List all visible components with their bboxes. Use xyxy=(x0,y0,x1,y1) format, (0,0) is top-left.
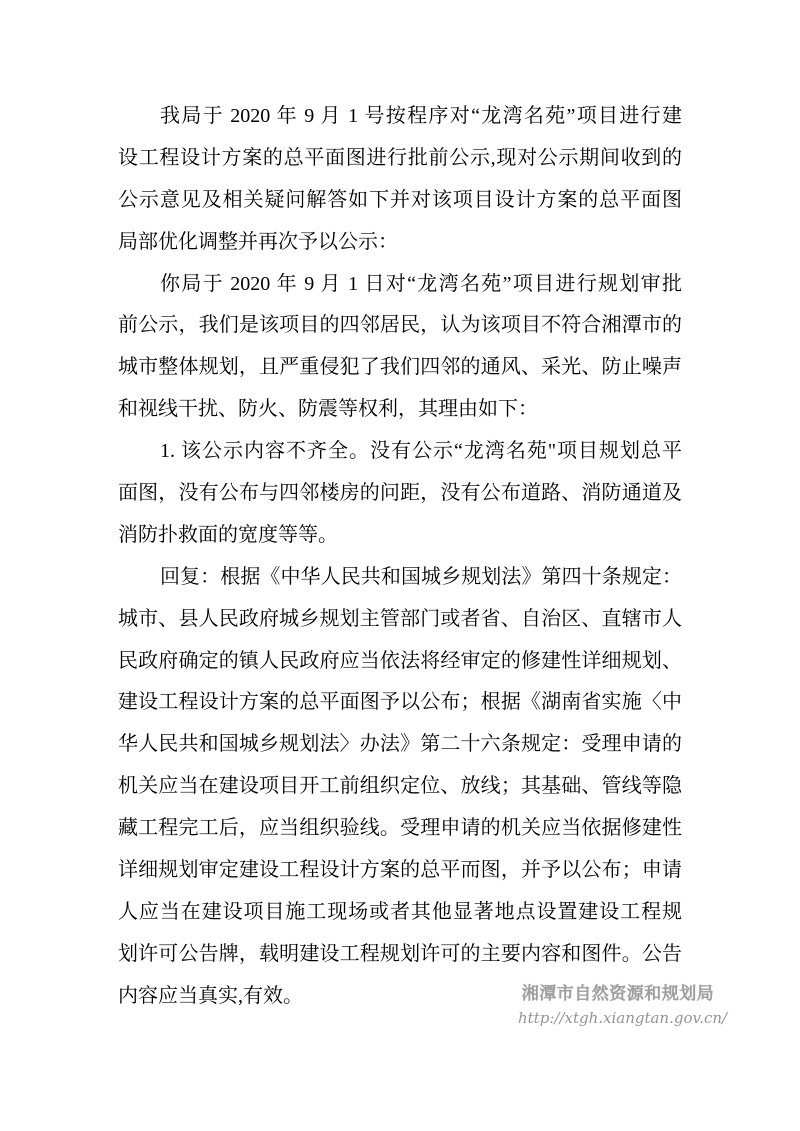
text-line: 我局于 2020 年 9 月 1 号按程序对“龙湾名苑”项目进行建 xyxy=(118,96,682,138)
text-line: 前公示，我们是该项目的四邻居民，认为该项目不符合湘潭市的 xyxy=(118,305,682,347)
text-line: 面图，没有公布与四邻楼房的问距，没有公布道路、消防通道及 xyxy=(118,473,682,515)
text-line: 和视线干扰、防火、防震等权利，其理由如下： xyxy=(118,389,682,431)
text-line: 内容应当真实,有效。 xyxy=(118,976,682,1018)
text-line: 你局于 2020 年 9 月 1 日对“龙湾名苑”项目进行规划审批 xyxy=(118,264,682,306)
text-line: 华人民共和国城乡规划法〉办法》第二十六条规定：受理申请的 xyxy=(118,724,682,766)
text-line: 建设工程设计方案的总平面图予以公布；根据《湖南省实施〈中 xyxy=(118,682,682,724)
text-line: 城市整体规划，且严重侵犯了我们四邻的通风、采光、防止噪声 xyxy=(118,347,682,389)
text-line: 设工程设计方案的总平面图进行批前公示,现对公示期间收到的 xyxy=(118,138,682,180)
text-line: 消防扑救面的宽度等等。 xyxy=(118,515,682,557)
text-line: 1. 该公示内容不齐全。没有公示“龙湾名苑"项目规划总平 xyxy=(118,431,682,473)
text-line: 回复：根据《中华人民共和国城乡规划法》第四十条规定： xyxy=(118,557,682,599)
text-line: 公示意见及相关疑问解答如下并对该项目设计方案的总平面图 xyxy=(118,180,682,222)
text-line: 详细规划审定建设工程设计方案的总平而图，并予以公布；申请 xyxy=(118,850,682,892)
document-page: 我局于 2020 年 9 月 1 号按程序对“龙湾名苑”项目进行建 设工程设计方… xyxy=(0,0,800,1131)
text-line: 人应当在建设项目施工现场或者其他显著地点设置建设工程规 xyxy=(118,892,682,934)
text-line: 城市、县人民政府城乡规划主管部门或者省、自治区、直辖市人 xyxy=(118,599,682,641)
text-line: 藏工程完工后，应当组织验线。受理申请的机关应当依据修建性 xyxy=(118,808,682,850)
text-line: 机关应当在建设项目开工前组织定位、放线；其基础、管线等隐 xyxy=(118,766,682,808)
text-line: 民政府确定的镇人民政府应当依法将经审定的修建性详细规划、 xyxy=(118,641,682,683)
document-body: 我局于 2020 年 9 月 1 号按程序对“龙湾名苑”项目进行建 设工程设计方… xyxy=(118,96,682,1018)
text-line: 局部优化调整并再次予以公示： xyxy=(118,222,682,264)
text-line: 划许可公告牌，载明建设工程规划许可的主要内容和图件。公告 xyxy=(118,934,682,976)
